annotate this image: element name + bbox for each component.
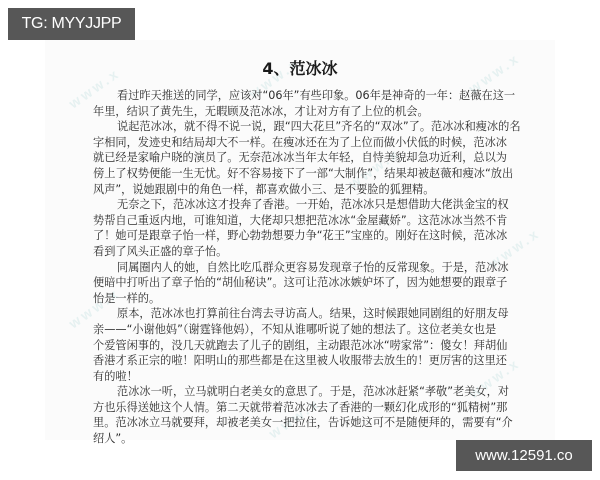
document-page: www.x www.x www.x www.x www.x www.x www.…: [45, 40, 555, 440]
text-line: 里。范冰冰立马就要拜，却被老美女一把拉住，告诉她这可不是随便拜的，需要有“介: [93, 415, 513, 431]
text-line: 范冰冰一听，立马就明白老美女的意思了。于是，范冰冰赶紧“孝敬”老美女，对: [93, 384, 513, 400]
text-line: 怡是一样的。: [93, 291, 513, 307]
text-line: 了！她可是跟章子怡一样，野心勃勃想要力争“花王”宝座的。刚好在这时候，范冰冰: [93, 228, 513, 244]
text-line: 无奈之下，范冰冰这才投奔了香港。一开始，范冰冰只是想借助大佬洪金宝的权: [93, 197, 513, 213]
text-line: 便暗中打听出了章子怡的“胡仙秘诀”。这可让范冰冰嫉妒坏了，因为她想要的跟章子: [93, 275, 513, 291]
section-title: 4、范冰冰: [45, 56, 555, 79]
text-line: 个爱管闲事的，没几天就跑去了儿子的剧组，主动跟范冰冰“唠家常”：傻女！拜胡仙: [93, 338, 513, 354]
text-line: 方也乐得送她这个人情。第二天就带着范冰冰去了香港的一颗幻化成形的“狐精树”那: [93, 400, 513, 416]
bottom-right-tag: www.12591.co: [456, 440, 592, 471]
text-line: 原本，范冰冰也打算前往台湾去寻访高人。结果，这时候跟她同剧组的好朋友母: [93, 306, 513, 322]
text-line: 说起范冰冰，就不得不说一说，跟“四大花旦”齐名的“双冰”了。范冰冰和瘦冰的名: [93, 119, 513, 135]
top-left-tag: TG: MYYJJPP: [8, 8, 135, 40]
text-line: 字相同，发迹史和结局却大不一样。在瘦冰还在为了上位而做小伏低的时候，范冰冰: [93, 135, 513, 151]
text-line: 年里，结识了黄先生，无暇顾及范冰冰，才让对方有了上位的机会。: [93, 104, 513, 120]
text-line: 亲——“小谢他妈”（谢霆锋他妈），不知从谁哪听说了她的想法了。这位老美女也是: [93, 322, 513, 338]
text-line: 同属圈内人的她，自然比吃瓜群众更容易发现章子怡的反常现象。于是，范冰冰: [93, 260, 513, 276]
text-line: 绍人”。: [93, 431, 513, 447]
text-line: 风声”，说她跟剧中的角色一样，都喜欢做小三、是不要脸的狐狸精。: [93, 182, 513, 198]
text-line: 就已经是家喻户晓的演员了。无奈范冰冰当年太年轻，自恃美貌却急功近利，总以为: [93, 150, 513, 166]
text-line: 香港才系正宗的啦！阳明山的那些都是在这里被人收服带去放生的！更厉害的这里还: [93, 353, 513, 369]
text-line: 看到了风头正盛的章子怡。: [93, 244, 513, 260]
text-line: 傍上了权势便能一生无忧。好不容易接下了一部“大制作”，结果却被赵薇和瘦冰“放出: [93, 166, 513, 182]
text-line: 势帮自己重返内地，可谁知道，大佬却只想把范冰冰“金屋藏娇”。这范冰冰当然不肯: [93, 213, 513, 229]
article-body: 看过昨天推送的同学，应该对“06年”有些印象。06年是神奇的一年：赵薇在这一年里…: [93, 88, 513, 447]
text-line: 有的啦！: [93, 369, 513, 385]
text-line: 看过昨天推送的同学，应该对“06年”有些印象。06年是神奇的一年：赵薇在这一: [93, 88, 513, 104]
